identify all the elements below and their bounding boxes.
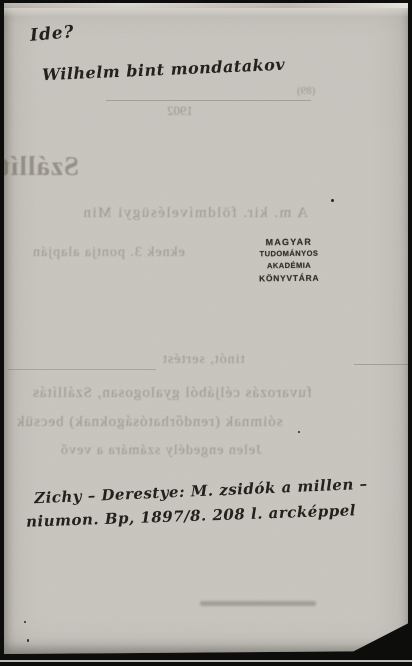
handwritten-biblio-line2: niumon. Bp, 1897/8. 208 l. arcképpel bbox=[26, 501, 356, 531]
ink-speck bbox=[331, 199, 334, 202]
bleedthrough-line5: sóimnak (rendőrhatóságoknak) becsük bbox=[16, 414, 283, 431]
bleedthrough-year: 1902 bbox=[167, 103, 193, 119]
bleedthrough-rule-left bbox=[8, 369, 156, 370]
bleedthrough-line4: fuvarozás céljából gyalogosan, Szállítás bbox=[32, 385, 312, 402]
bleedthrough-line6: Jelen engedély számára a vevő bbox=[60, 443, 262, 459]
bleedthrough-rule-top bbox=[106, 100, 311, 101]
stamp-line-1: MAGYAR bbox=[237, 235, 341, 248]
library-stamp: MAGYAR TUDOMÁNYOS AKADÉMIA KÖNYVTÁRA bbox=[237, 235, 341, 284]
bleedthrough-line2: eknek 3. pontja alapján bbox=[32, 245, 185, 261]
scanned-page-frame: (89) 1902 Szállítás A m. kir. földmívelé… bbox=[0, 0, 412, 666]
bleedthrough-title: Szállítás bbox=[4, 151, 79, 182]
bleedthrough-line3: tinót, sertést bbox=[162, 352, 244, 368]
bleedthrough-line1: A m. kir. földmívelésügyi Min bbox=[82, 205, 308, 222]
ink-speck bbox=[27, 639, 29, 642]
stamp-line-2: TUDOMÁNYOS AKADÉMIA bbox=[237, 247, 341, 272]
paper-sheet: (89) 1902 Szállítás A m. kir. földmívelé… bbox=[4, 3, 408, 654]
paper-top-edge-rough bbox=[4, 3, 408, 8]
scanner-light-line bbox=[0, 660, 412, 662]
handwritten-note-wilhelm: Wilhelm bint mondatakov bbox=[42, 55, 286, 85]
ink-speck bbox=[24, 621, 26, 623]
faint-imprint bbox=[200, 601, 316, 606]
stamp-line-3: KÖNYVTÁRA bbox=[237, 271, 341, 284]
bleedthrough-ref-number: (89) bbox=[297, 85, 315, 97]
ink-speck bbox=[298, 431, 300, 433]
handwritten-note-ide: Ide? bbox=[29, 22, 75, 46]
bleedthrough-rule-right bbox=[354, 364, 408, 365]
